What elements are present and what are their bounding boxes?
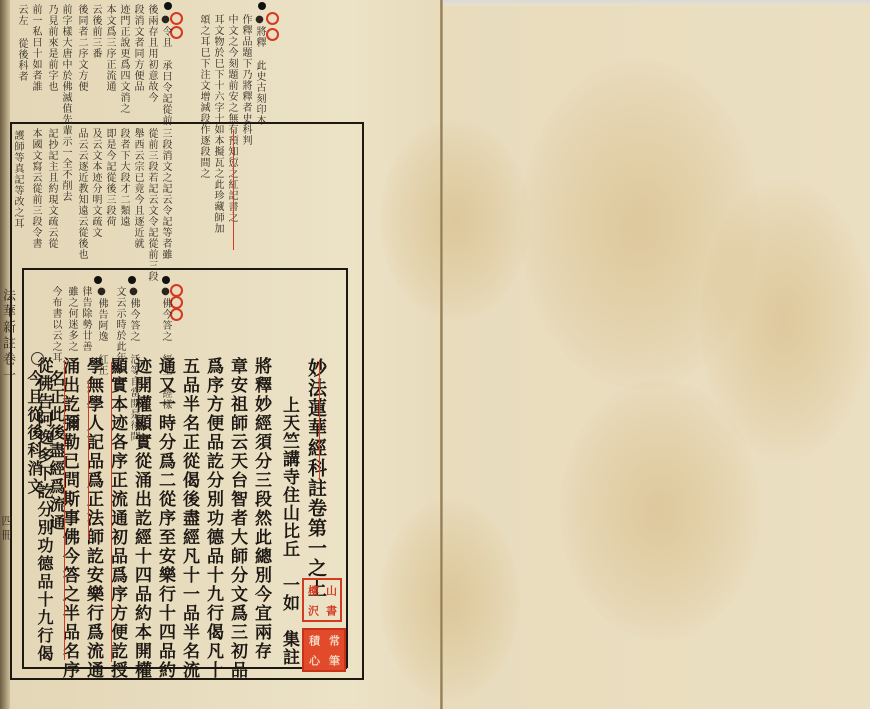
bullet-dot [258, 2, 266, 10]
annotation-column: 前字樣大唐中於佛滅值先輩示一全不削去 [60, 4, 70, 202]
annotation-column: 後同者二序文方便 [76, 4, 86, 92]
bullet-dot [128, 276, 136, 284]
inner-left-rule [22, 268, 24, 668]
text-column: 五品半名正從偈後盡經凡十一品半名流 [180, 357, 197, 680]
red-annotation-line [64, 360, 65, 660]
annotation-column: 記抄記主且約現文疏云從 [46, 128, 56, 249]
text-column: 學無學人記品爲正法師訖安樂行爲流通 [84, 357, 101, 680]
text-column: 名正此後盡經爲流通 [48, 370, 64, 532]
red-annotation-line [233, 130, 234, 250]
red-annotation-line [319, 360, 320, 480]
text-column: 爲序方便品訖分別功德品十九行偈凡十 [204, 357, 221, 680]
annotation-column: 及云文本迹分明文疏文 [90, 128, 100, 238]
annotation-column: 從前三段若記云文令記從前三段 [146, 128, 156, 282]
annotation-column: 舉西云宗已竟今且逐近就 [132, 128, 142, 249]
side-label: 法華新註卷一 [0, 288, 17, 384]
text-column: 將釋妙經須分三段然此總別今宜兩存 [252, 357, 269, 661]
bullet-dot [162, 276, 170, 284]
side-page-mark: 四冊 [0, 515, 14, 543]
annotation-column: 律告除勢廿善 [80, 286, 90, 352]
annotation-column: 耳文物於巳下十六字十如本擬瓦之此珍藏師加 [212, 14, 222, 234]
text-column: 今且從後科消文 [26, 370, 42, 496]
book-spread: 法華新註卷一 四冊 妙法蓮華經科註卷第一之上 上天竺講寺住山比丘 一如 集註 樓… [0, 0, 870, 709]
red-annotation-line [111, 362, 112, 662]
annotation-column: 後兩存且用初意故今 [146, 4, 156, 103]
inner-top-rule [22, 268, 347, 270]
annotation-column: 作釋品題下乃將釋者史科判 [240, 14, 250, 146]
annotation-column: 品云云逐近教知遠云從後也 [76, 128, 86, 260]
circle-marker [31, 352, 44, 365]
annotation-column: 本國文寫云從前三段令書 [30, 128, 40, 249]
red-annotation-line [88, 380, 89, 540]
annotation-column: 文云示時於此年巨 [114, 286, 124, 374]
author-line: 上天竺講寺住山比丘 一如 集註 [280, 396, 297, 666]
bullet-dot [164, 2, 172, 10]
bullet-dot [94, 276, 102, 284]
red-ring-mark [266, 12, 279, 25]
sutra-title: 妙法蓮華經科註卷第一之上 [306, 358, 325, 598]
red-ring-mark [170, 12, 183, 25]
annotation-column: ●令且 承曰令記從前 [160, 14, 170, 126]
annotation-column: 中文之今刻題前安之無有預知愆之紅記書之 [226, 14, 236, 223]
annotation-column: 即是今記從後三段荷 [104, 128, 114, 227]
right-page-blank [443, 6, 870, 709]
seal-solid: 積 常 心 筆 [302, 628, 346, 672]
red-ring-mark [170, 308, 183, 321]
inner-right-rule [346, 268, 348, 668]
annotation-column: 今布書以云之耳 [50, 286, 60, 363]
annotation-column: 云後前三番 [90, 4, 100, 59]
annotation-column: ●佛告阿逸 紅正 [96, 286, 106, 376]
annotation-column: 雖之何迷多之 [66, 286, 76, 352]
annotation-column: ●將釋 此史古刻印本 [254, 14, 264, 126]
annotation-column: ●佛今答之 活等自當開是待問 [128, 286, 138, 442]
text-column: 章安祖師云天台智者大師分文爲三初品 [228, 357, 245, 680]
frame-right-rule [362, 122, 364, 679]
annotation-column: 護師等真記等改之耳 [12, 130, 22, 229]
annotation-column: 段消文者同方便品 [132, 4, 142, 92]
annotation-column: 前一私曰十如者誰 [30, 4, 40, 92]
annotation-column: 頌之耳巳下注文增減段作逐段間之 [198, 14, 208, 179]
annotation-column: 三段消文之記云令記等者雖 [160, 128, 170, 260]
annotation-column: 段者下大段才二類遠 [118, 128, 128, 227]
seal-outline: 樓 山 沢 書 [302, 578, 342, 622]
annotation-column: 本文爲三序正流通 [104, 4, 114, 92]
annotation-column: ●佛今答之 經王 經樣 [160, 286, 170, 410]
annotation-column: 迹門正說更爲四文消之 [118, 4, 128, 114]
annotation-column: 乃見前來是前字也 [46, 4, 56, 92]
annotation-column: 云左 從後科者 [16, 4, 26, 82]
red-ring-mark [170, 26, 183, 39]
red-ring-mark [266, 28, 279, 41]
